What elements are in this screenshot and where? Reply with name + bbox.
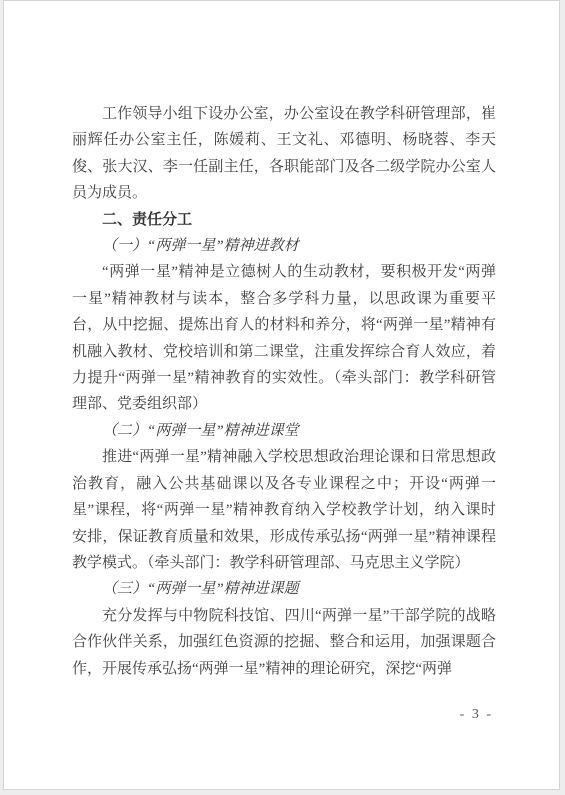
body-paragraph: 充分发挥与中物院科技馆、四川“两弹一星”干部学院的战略合作伙伴关系，加强红色资源… <box>72 603 496 682</box>
body-paragraph: “两弹一星”精神是立德树人的生动教材，要积极开发“两弹一星”精神教材与读本，整合… <box>72 259 496 417</box>
document-page: 工作领导小组下设办公室，办公室设在教学科研管理部，崔丽辉任办公室主任，陈媛莉、王… <box>3 0 560 790</box>
body-paragraph: 推进“两弹一星”精神融入学校思想政治理论课和日常思想政治教育，融入公共基础课以及… <box>72 444 496 576</box>
section-heading: 二、责任分工 <box>72 207 496 233</box>
body-paragraph: 工作领导小组下设办公室，办公室设在教学科研管理部，崔丽辉任办公室主任，陈媛莉、王… <box>72 101 496 207</box>
page-number: - 3 - <box>460 706 493 724</box>
section-heading: （一）“两弹一星”精神进教材 <box>72 233 496 259</box>
section-heading: （三）“两弹一星”精神进课题 <box>72 576 496 602</box>
document-body: 工作领导小组下设办公室，办公室设在教学科研管理部，崔丽辉任办公室主任，陈媛莉、王… <box>72 101 496 682</box>
section-heading: （二）“两弹一星”精神进课堂 <box>72 418 496 444</box>
